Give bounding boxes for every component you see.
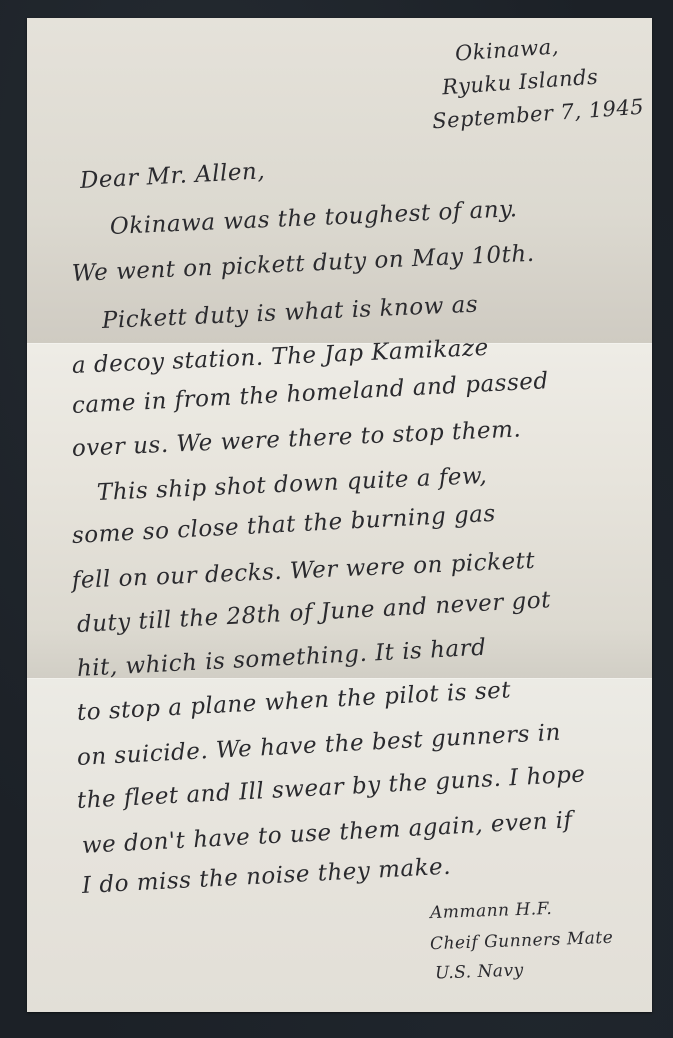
signature-name: Ammann H.F. bbox=[430, 899, 553, 923]
signature-service: U.S. Navy bbox=[435, 960, 524, 983]
letter-paper: Okinawa, Ryuku Islands September 7, 1945… bbox=[27, 18, 652, 1012]
